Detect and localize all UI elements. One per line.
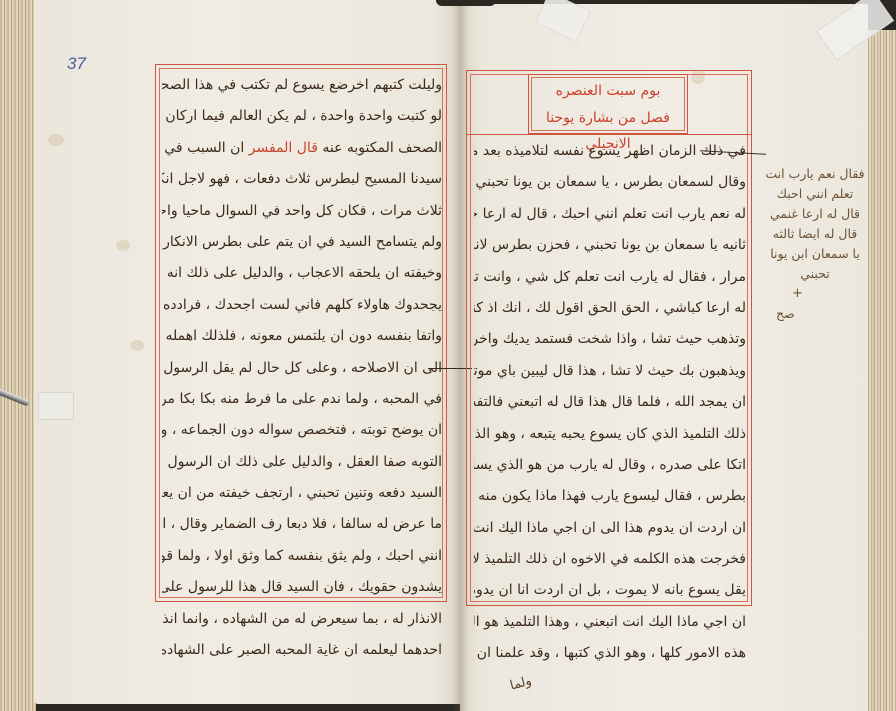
folio-number: 37 [67, 54, 86, 74]
text-line: واتفا بنفسه دون ان يلتمس معونه ، فلذلك ا… [162, 321, 442, 352]
text-line: فخرجت هذه الكلمه في الاخوه ان ذلك التلمي… [474, 544, 746, 575]
right-text-block: في ذلك الزمان اظهر يسوع نفسه لتلاميذه بع… [474, 136, 746, 670]
manuscript-photo: 37 وليلت كتبهم اخرضع يسوع لم تكتب في هذا… [0, 0, 896, 711]
text-line: ذلك التلميذ الذي كان يسوع يحبه يتبعه ، و… [474, 419, 746, 450]
text-line: يشدون حقويك ، فان السيد قال هذا للرسول ع… [162, 572, 442, 603]
insertion-mark: + [760, 284, 870, 304]
header-title: بوم سبت العنصره [529, 77, 687, 105]
text-line: ان يوضح توبته ، فتخصص سواله دون الجماعه … [162, 415, 442, 446]
correction-sign: صح [760, 304, 870, 324]
text-line: له ارعا كباشي ، الحق الحق اقول لك ، انك … [474, 293, 746, 324]
rubric-heading: قال المفسر [249, 140, 318, 156]
text-line: ثانيه يا سمعان بن يونا تحبني ، فحزن بطرس… [474, 230, 746, 261]
text-line: ولم يتسامح السيد في ان يتم على بطرس الان… [162, 227, 442, 258]
text-line: ثلاث مرات ، فكان كل واحد في السوال ماحيا… [162, 196, 442, 227]
text-line: التوبه صفا العقل ، والدليل على ذلك ان ال… [162, 447, 442, 478]
text-segment: ان السبب في سوال [162, 140, 244, 156]
text-line: السيد دفعه وتنين تحبني ، ارتجف خيفته من … [162, 478, 442, 509]
paper-stain [48, 134, 64, 146]
text-line: يجحدوك هاولاء كلهم فاني لست اجحدك ، فراد… [162, 290, 442, 321]
text-line: ان اردت ان يدوم هذا الى ان اجي ماذا اليك… [474, 513, 746, 544]
text-line: احدهما ليعلمه ان غاية المحبه الصبر على ا… [162, 635, 442, 666]
text-line: وقال لسمعان بطرس ، يا سمعان بن يونا تحبن… [474, 167, 746, 198]
text-line: له نعم يارب انت تعلم انني احبك ، قال له … [474, 199, 746, 230]
text-line: انني احبك ، ولم يثق بنفسه كما وثق اولا ،… [162, 541, 442, 572]
text-line: بطرس ، فقال ليسوع يارب فهذا ماذا يكون من… [474, 481, 746, 512]
text-line: الى ان الاصلاحه ، وعلى كل حال لم يقل الر… [162, 353, 442, 384]
text-line: ان اجي ماذا اليك انت اتبعني ، وهذا التلم… [474, 607, 746, 638]
paper-stain [116, 240, 130, 251]
text-line: ان يمجد الله ، فلما قال هذا قال له اتبعن… [474, 387, 746, 418]
paper-tab-left [38, 392, 74, 420]
text-line: في ذلك الزمان اظهر يسوع نفسه لتلاميذه بع… [474, 136, 746, 167]
margin-note-line: يا سمعان ابن يونا [760, 244, 870, 264]
margin-note-line: تعلم انني احبك [760, 184, 870, 204]
text-line: اتكا على صدره ، وقال له يارب من هو الذي … [474, 450, 746, 481]
text-line: ما عرض له سالفا ، فلا دبعا رف الضماير وق… [162, 509, 442, 540]
margin-note-line: فقال نعم يارب انت [760, 164, 870, 184]
rubric-header-box: بوم سبت العنصره فصل من بشارة يوحنا الانج… [528, 74, 688, 134]
text-line: في المحبه ، ولما ندم على ما فرط منه بكا … [162, 384, 442, 415]
spine-gap [436, 0, 496, 6]
text-line: ويذهبون بك حيث لا تشا ، هذا قال ليبين با… [474, 356, 746, 387]
left-text-block: وليلت كتبهم اخرضع يسوع لم تكتب في هذا ال… [162, 70, 442, 666]
text-line: وخيفته ان يلحقه الاعجاب ، والدليل على ذل… [162, 258, 442, 289]
left-page-edges [0, 0, 36, 711]
text-line: الانذار له ، بما سيعرض له من الشهاده ، و… [162, 604, 442, 635]
text-line: وليلت كتبهم اخرضع يسوع لم تكتب في هذا ال… [162, 70, 442, 101]
text-line: لو كتبت واحدة واحدة ، لم يكن العالم فيما… [162, 101, 442, 132]
text-line-with-rubric: الصحف المكتوبه عنه قال المفسر ان السبب ف… [162, 133, 442, 164]
text-line: هذه الامور كلها ، وهو الذي كتبها ، وقد ع… [474, 638, 746, 669]
margin-note-line: قال له ارعا غنمي [760, 204, 870, 224]
text-segment: الصحف المكتوبه عنه [322, 140, 442, 156]
text-line: يقل يسوع بانه لا يموت ، بل ان اردت انا ا… [474, 575, 746, 606]
text-line: وتذهب حيث تشا ، واذا شخت فستمد يديك واخر… [474, 324, 746, 355]
margin-note-line: قال له ايضا ثالثه [760, 224, 870, 244]
paper-stain [130, 340, 144, 351]
marginal-note: فقال نعم يارب انت تعلم انني احبك قال له … [760, 164, 870, 324]
text-line: سيدنا المسيح لبطرس ثلاث دفعات ، فهو لاجل… [162, 164, 442, 195]
text-line: مرار ، فقال له يارب انت تعلم كل شي ، وان… [474, 262, 746, 293]
margin-note-line: تحبني [760, 264, 870, 284]
right-page-edges [866, 30, 896, 711]
